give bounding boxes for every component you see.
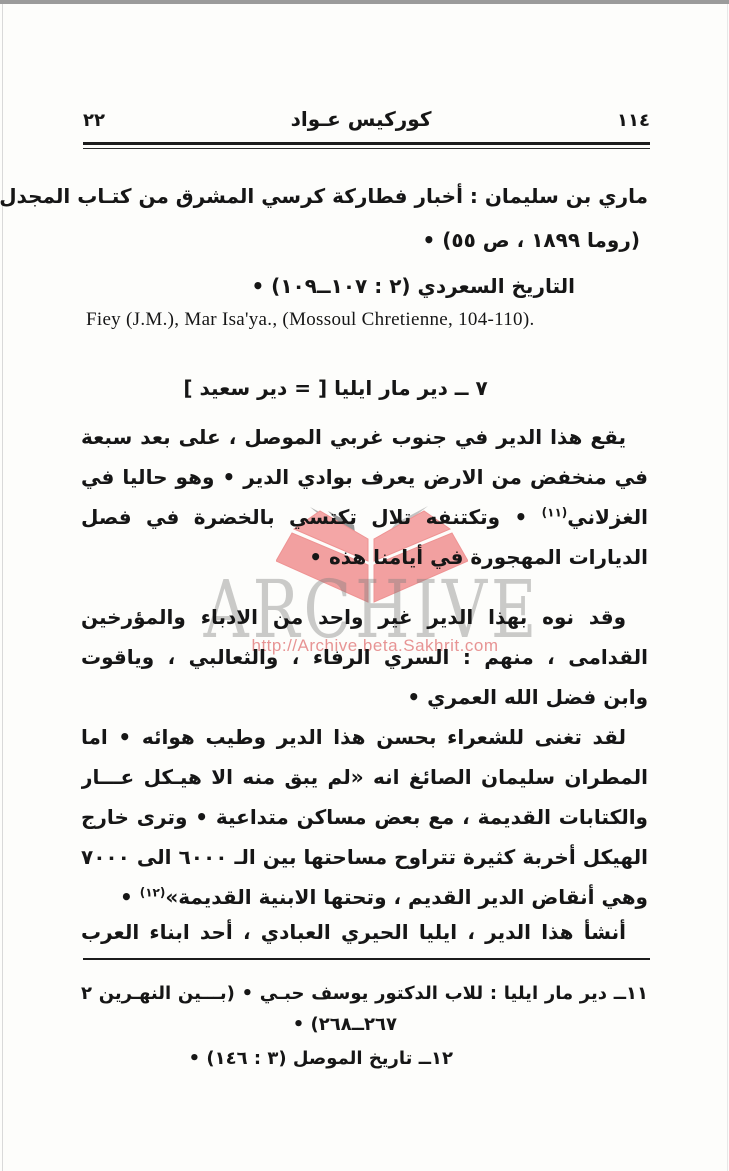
biblio-entry-tarikh-siirt: التاريخ السعردي (٢ : ١٠٧ــ١٠٩) • (251, 274, 575, 298)
body-line: يقع هذا الدير في جنوب غربي الموصل ، على … (81, 417, 648, 457)
footnote-11-line1: ١١ــ دير مار ايليا : للاب الدكتور يوسف ح… (81, 976, 648, 1012)
page-number-arabic: ١١٤ (617, 110, 650, 131)
leaf-number: ٢٢ (83, 110, 105, 131)
paragraph-mentions: وقد نوه بهذا الدير غير واحد من الادباء و… (81, 597, 648, 717)
body-line: الهيكل أخربة كثيرة تتراوح مساحتها بين ال… (81, 837, 648, 877)
body-line: المطران سليمان الصائغ انه «لم يبق منه ال… (81, 757, 648, 797)
scanned-book-page: ARCHIVE http://Archive.beta.Sakhrit.com … (0, 0, 729, 1171)
body-line-with-footnote-ref: وهي أنقاض الدير القديم ، وتحتها الابنية … (81, 877, 648, 917)
body-line: وقد نوه بهذا الدير غير واحد من الادباء و… (81, 597, 648, 637)
biblio-entry-mari-ibn-sulayman: ماري بن سليمان : أخبار فطاركة كرسي المشر… (112, 184, 648, 208)
footnote-12: ١٢ــ تاريخ الموصل (٣ : ١٤٦) • (189, 1048, 453, 1069)
biblio-entry-roma-1899: (روما ١٨٩٩ ، ص ٥٥) • (423, 228, 640, 252)
running-title-author: كوركيس عـواد (291, 107, 432, 131)
body-line: القدامى ، منهم : السري الرفاء ، والثعالب… (81, 637, 648, 677)
running-head: ١١٤ كوركيس عـواد ٢٢ (83, 107, 650, 131)
body-line: أنشأ هذا الدير ، ايليا الحيري العبادي ، … (81, 912, 648, 952)
head-rule-thick (83, 142, 650, 145)
footnote-rule (83, 958, 650, 960)
body-line: لقد تغنى للشعراء بحسن هذا الدير وطيب هوا… (81, 717, 648, 757)
line-text: الغزلاني (567, 505, 648, 529)
footnote-marker-11: (١١) (542, 505, 568, 519)
biblio-entry-fiey-latin: Fiey (J.M.), Mar Isa'ya., (Mossoul Chret… (86, 309, 535, 331)
paragraph-poets-quote: لقد تغنى للشعراء بحسن هذا الدير وطيب هوا… (81, 717, 648, 917)
head-rule-thin (83, 148, 650, 149)
line-text: وهي أنقاض الدير القديم ، وتحتها الابنية … (165, 885, 648, 909)
line-text: • (120, 885, 140, 909)
paragraph-founder: أنشأ هذا الدير ، ايليا الحيري العبادي ، … (81, 912, 648, 952)
section-heading-dayr-mar-ilya: ٧ ــ دير مار ايليا [ = دير سعيد ] (81, 376, 590, 400)
body-line: وابن فضل الله العمري • (81, 677, 648, 717)
body-line: في منخفض من الارض يعرف بوادي الدير • وهو… (81, 457, 648, 497)
footnote-marker-12: (١٢) (140, 885, 166, 899)
paragraph-location: يقع هذا الدير في جنوب غربي الموصل ، على … (81, 417, 648, 577)
footnote-11-line2: ٢٦٧ــ٢٦٨) • (293, 1014, 397, 1035)
body-line: والكتابات القديمة ، مع بعض مساكن متداعية… (81, 797, 648, 837)
body-line: الديارات المهجورة في أيامنا هذه • (81, 537, 648, 577)
body-line-with-footnote-ref: الغزلاني(١١) • وتكتنفه تلال تكتسي بالخضر… (81, 497, 648, 537)
